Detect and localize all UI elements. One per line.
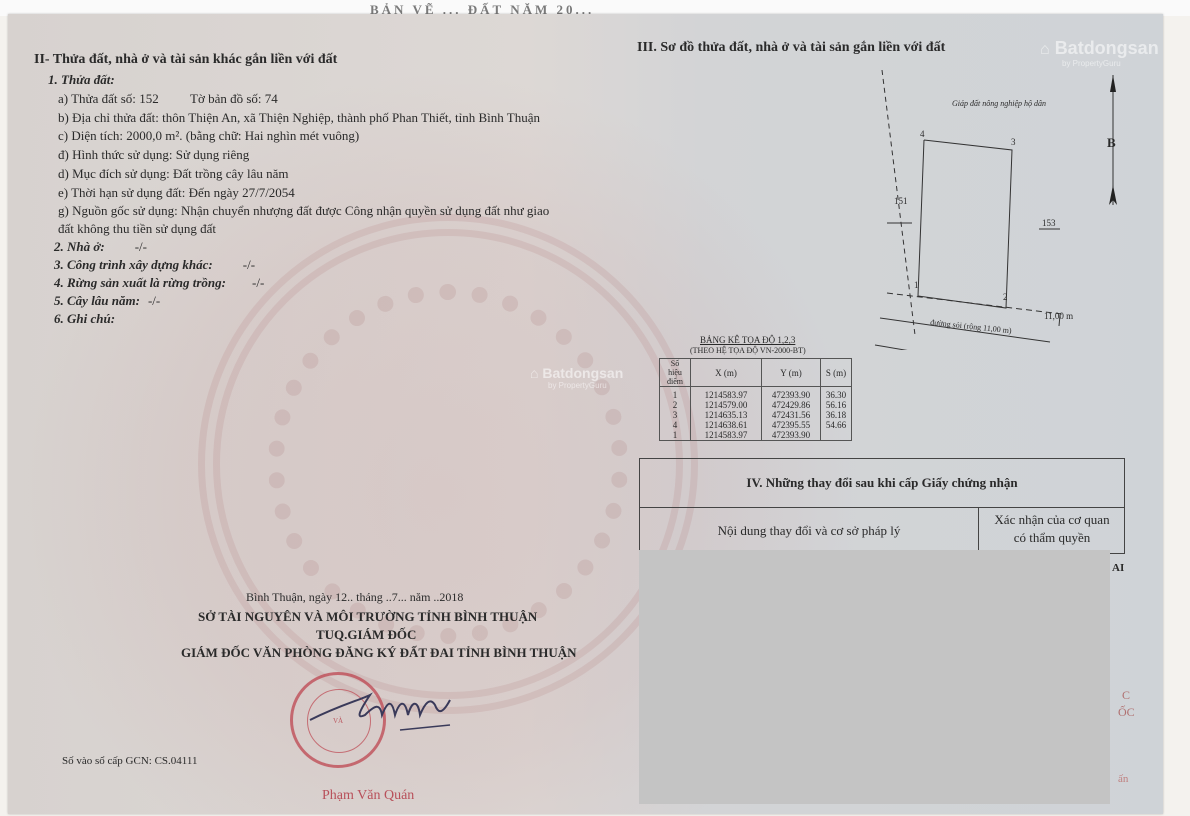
item-value: -/- xyxy=(243,257,255,272)
header-point: Số hiệu điểm xyxy=(660,359,691,387)
parcel-number: a) Thửa đất số: 152 xyxy=(58,91,159,107)
issue-date: Bình Thuận, ngày 12.. tháng ..7... năm .… xyxy=(246,590,463,605)
table-header-row: Số hiệu điểm X (m) Y (m) S (m) xyxy=(660,359,852,387)
watermark-brand: Batdongsan xyxy=(542,365,623,381)
cell-pt: 4 xyxy=(660,420,691,430)
item-label: 2. Nhà ở: xyxy=(54,239,105,254)
cell-x: 1214583.97 xyxy=(691,430,762,441)
cell-x: 1214583.97 xyxy=(691,387,762,401)
registry-value: CS.04111 xyxy=(155,755,198,767)
cell-x: 1214638.61 xyxy=(691,420,762,430)
parcel-area: c) Diện tích: 2000,0 m². (bằng chữ: Hai … xyxy=(58,128,359,144)
cell-pt: 2 xyxy=(660,400,691,410)
issuing-org: SỞ TÀI NGUYÊN VÀ MÔI TRƯỜNG TỈNH BÌNH TH… xyxy=(198,609,537,625)
watermark-center: ⌂ Batdongsan by PropertyGuru xyxy=(530,365,623,390)
cell-pt: 3 xyxy=(660,410,691,420)
section2-title: II- Thửa đất, nhà ở và tài sản khác gắn … xyxy=(34,52,337,68)
cell-s: 36.18 xyxy=(821,410,852,420)
item-label: 6. Ghi chú: xyxy=(54,311,115,326)
cell-s: 56.16 xyxy=(821,400,852,410)
item-label: 3. Công trình xây dựng khác: xyxy=(54,257,213,272)
edge-fragment: ấn xyxy=(1118,773,1128,785)
watermark-tagline: by PropertyGuru xyxy=(548,381,623,390)
section3-title: III. Sơ đồ thửa đất, nhà ở và tài sản gắ… xyxy=(637,40,945,56)
registry-number: Số vào sổ cấp GCN: CS.04111 xyxy=(62,755,197,767)
point-label-1: 1 xyxy=(914,280,919,290)
cell-s: 54.66 xyxy=(821,420,852,430)
watermark-brand: Batdongsan xyxy=(1055,38,1159,58)
north-letter: B xyxy=(1107,135,1116,151)
parcel-address: b) Địa chỉ thửa đất: thôn Thiện An, xã T… xyxy=(58,110,540,126)
cell-s xyxy=(821,430,852,441)
map-sheet-value: 74 xyxy=(265,91,278,106)
coordinate-table: Số hiệu điểm X (m) Y (m) S (m) 11214583.… xyxy=(659,358,852,441)
section4-title: IV. Những thay đổi sau khi cấp Giấy chứn… xyxy=(640,459,1124,508)
point-label-2: 2 xyxy=(1003,292,1008,302)
parcel-number-label: a) Thửa đất số: xyxy=(58,91,136,106)
road-width-label: 11,00 m xyxy=(1044,311,1073,321)
usage-origin: g) Nguồn gốc sử dụng: Nhận chuyển nhượng… xyxy=(58,203,549,219)
point-label-4: 4 xyxy=(920,129,925,139)
usage-term: e) Thời hạn sử dụng đất: Đến ngày 27/7/2… xyxy=(58,185,295,201)
header-x: X (m) xyxy=(691,359,762,387)
registry-label: Số vào sổ cấp GCN: xyxy=(62,755,152,767)
table-row: 21214579.00472429.8656.16 xyxy=(660,400,852,410)
item-planted-forest: 4. Rừng sản xuất là rừng trồng:-/- xyxy=(54,275,264,291)
changes-content-header: Nội dung thay đổi và cơ sở pháp lý xyxy=(640,507,979,555)
parcel-diagram xyxy=(860,70,1140,350)
land-heading: 1. Thửa đất: xyxy=(48,72,115,88)
cell-pt: 1 xyxy=(660,387,691,401)
item-value: -/- xyxy=(148,293,160,308)
item-other-construction: 3. Công trình xây dựng khác:-/- xyxy=(54,257,255,273)
watermark-top: ⌂ Batdongsan by PropertyGuru xyxy=(1040,38,1159,68)
cell-pt: 1 xyxy=(660,430,691,441)
watermark-logo-icon: ⌂ xyxy=(1040,41,1050,58)
map-sheet-label: Tờ bản đồ số: xyxy=(190,91,262,106)
header-s: S (m) xyxy=(821,359,852,387)
usage-purpose: d) Mục đích sử dụng: Đất trồng cây lâu n… xyxy=(58,166,289,182)
parcel-153-label: 153 xyxy=(1042,218,1056,228)
usage-form: đ) Hình thức sử dụng: Sử dụng riêng xyxy=(58,147,249,163)
table-row: 11214583.97472393.9036.30 xyxy=(660,387,852,401)
cell-y: 472431.56 xyxy=(762,410,821,420)
cell-y: 472393.90 xyxy=(762,387,821,401)
north-neighbor-label: Giáp đất nông nghiệp hộ dân xyxy=(952,99,1046,108)
cell-y: 472429.86 xyxy=(762,400,821,410)
item-house: 2. Nhà ở:-/- xyxy=(54,239,147,255)
watermark-tagline: by PropertyGuru xyxy=(1062,59,1159,68)
table-row: 41214638.61472395.5554.66 xyxy=(660,420,852,430)
cell-y: 472395.55 xyxy=(762,420,821,430)
edge-fragment: AI xyxy=(1112,562,1124,574)
redaction-box xyxy=(639,550,1110,804)
coord-table-subtitle: (THEO HỆ TỌA ĐỘ VN-2000-BT) xyxy=(690,346,806,355)
signer-title1: TUQ.GIÁM ĐỐC xyxy=(316,627,416,643)
parcel-number-value: 152 xyxy=(139,91,159,106)
authority-line1: Xác nhận của cơ quan xyxy=(978,511,1126,529)
table-row: 31214635.13472431.5636.18 xyxy=(660,410,852,420)
parcel-151-label: 151 xyxy=(894,196,908,206)
map-sheet-number: Tờ bản đồ số: 74 xyxy=(190,91,278,107)
signer-name: Phạm Văn Quán xyxy=(322,788,414,804)
authority-confirmation-header: Xác nhận của cơ quan có thẩm quyền xyxy=(978,507,1126,555)
cell-y: 472393.90 xyxy=(762,430,821,441)
item-label: 4. Rừng sản xuất là rừng trồng: xyxy=(54,275,226,290)
watermark-logo-icon: ⌂ xyxy=(530,365,538,381)
item-value: -/- xyxy=(135,239,147,254)
header-y: Y (m) xyxy=(762,359,821,387)
item-label: 5. Cây lâu năm: xyxy=(54,293,140,308)
cell-x: 1214635.13 xyxy=(691,410,762,420)
item-notes: 6. Ghi chú: xyxy=(54,311,115,327)
table-row: 11214583.97472393.90 xyxy=(660,430,852,441)
cell-x: 1214579.00 xyxy=(691,400,762,410)
item-perennial: 5. Cây lâu năm:-/- xyxy=(54,293,160,309)
north-arrow-icon xyxy=(1110,75,1116,92)
coord-table-title: BẢNG KÊ TỌA ĐỘ 1,2,3 xyxy=(700,335,795,345)
usage-origin-cont: đất không thu tiền sử dụng đất xyxy=(58,221,216,237)
edge-fragment: C xyxy=(1122,688,1130,703)
edge-fragment: ỐC xyxy=(1118,705,1135,720)
signature-scribble xyxy=(300,675,480,745)
signer-title2: GIÁM ĐỐC VĂN PHÒNG ĐĂNG KÝ ĐẤT ĐAI TỈNH … xyxy=(181,645,577,661)
cell-s: 36.30 xyxy=(821,387,852,401)
changes-table: IV. Những thay đổi sau khi cấp Giấy chứn… xyxy=(639,458,1125,554)
item-value: -/- xyxy=(252,275,264,290)
authority-line2: có thẩm quyền xyxy=(978,529,1126,547)
point-label-3: 3 xyxy=(1011,137,1016,147)
